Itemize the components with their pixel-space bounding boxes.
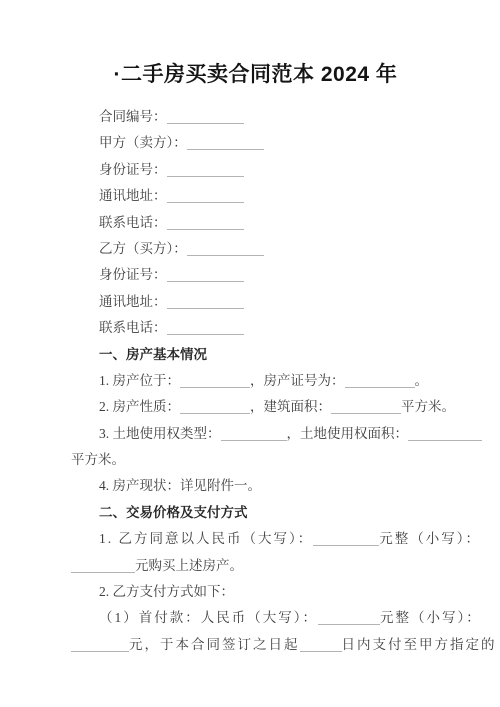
- text-run: 联系电话：: [99, 320, 167, 335]
- section-heading: 一、房产基本情况: [71, 342, 440, 368]
- fill-in-blank-line: [221, 427, 287, 441]
- fill-in-blank-line: [300, 638, 342, 652]
- document-body: 合同编号：甲方（卖方）：身份证号：通讯地址：联系电话：乙方（买方）：身份证号：通…: [71, 104, 440, 658]
- document-line: 1. 房产位于：，房产证号为：。: [71, 368, 440, 394]
- text-run: 乙方（买方）：: [99, 241, 187, 256]
- fill-in-blank-line: [180, 400, 250, 414]
- fill-in-blank-line: [167, 189, 244, 203]
- text-run: 2. 乙方支付方式如下：: [99, 584, 234, 599]
- fill-in-blank-line: [345, 374, 415, 388]
- document-line: 联系电话：: [71, 210, 440, 236]
- fill-in-blank-line: [167, 163, 244, 177]
- fill-in-blank-line: [71, 638, 129, 652]
- text-run: 1. 乙方同意以人民币（大写）：: [99, 531, 313, 546]
- document-line: 4. 房产现状：详见附件一。: [71, 473, 440, 499]
- document-line: （1）首付款：人民币（大写）：元整（小写）：: [71, 605, 440, 631]
- document-line: 通讯地址：: [71, 183, 440, 209]
- document-line: 乙方（买方）：: [71, 236, 440, 262]
- text-run: 2. 房产性质：: [99, 399, 180, 414]
- fill-in-blank-line: [313, 532, 379, 546]
- text-run: 元，于本合同签订之日起: [129, 637, 300, 652]
- text-run: （1）首付款：人民币（大写）：: [99, 610, 318, 625]
- text-run: 二、交易价格及支付方式: [99, 505, 248, 520]
- text-run: ，建筑面积：: [250, 399, 331, 414]
- fill-in-blank-line: [331, 400, 401, 414]
- text-run: 日内支付至甲方指定的: [342, 637, 497, 652]
- fill-in-blank-line: [167, 110, 244, 124]
- text-run: 甲方（卖方）：: [99, 135, 187, 150]
- section-heading: 二、交易价格及支付方式: [71, 500, 440, 526]
- text-run: 联系电话：: [99, 215, 167, 230]
- text-run: 1. 房产位于：: [99, 373, 180, 388]
- text-run: 平方米。: [71, 452, 125, 467]
- document-line: 1. 乙方同意以人民币（大写）：元整（小写）：: [71, 526, 440, 552]
- text-run: 4. 房产现状：详见附件一。: [99, 478, 261, 493]
- fill-in-blank-line: [167, 216, 244, 230]
- document-line: 2. 房产性质：，建筑面积：平方米。: [71, 394, 440, 420]
- text-run: 元整（小写）：: [379, 531, 481, 546]
- document-line: 身份证号：: [71, 157, 440, 183]
- document-line: 甲方（卖方）：: [71, 130, 440, 156]
- document-line: 元，于本合同签订之日起日内支付至甲方指定的: [71, 632, 440, 658]
- text-run: ，房产证号为：: [250, 373, 345, 388]
- fill-in-blank-line: [187, 136, 264, 150]
- fill-in-blank-line: [167, 268, 244, 282]
- document-line: 合同编号：: [71, 104, 440, 130]
- text-run: 3. 土地使用权类型：: [99, 426, 221, 441]
- document-line: 平方米。: [71, 447, 440, 473]
- fill-in-blank-line: [408, 427, 482, 441]
- document-line: 2. 乙方支付方式如下：: [71, 579, 440, 605]
- text-run: 。: [415, 373, 429, 388]
- text-run: 身份证号：: [99, 267, 167, 282]
- document-line: 通讯地址：: [71, 289, 440, 315]
- document-line: 联系电话：: [71, 315, 440, 341]
- fill-in-blank-line: [318, 611, 380, 625]
- fill-in-blank-line: [167, 295, 244, 309]
- document-title: ·二手房买卖合同范本 2024 年: [71, 60, 440, 90]
- text-run: 一、房产基本情况: [99, 347, 207, 362]
- text-run: 通讯地址：: [99, 188, 167, 203]
- document-line: 身份证号：: [71, 262, 440, 288]
- text-run: 合同编号：: [99, 109, 167, 124]
- text-run: 元整（小写）：: [380, 610, 482, 625]
- text-run: 身份证号：: [99, 162, 167, 177]
- fill-in-blank-line: [187, 242, 264, 256]
- text-run: 元购买上述房产。: [135, 558, 243, 573]
- fill-in-blank-line: [180, 374, 250, 388]
- text-run: 通讯地址：: [99, 294, 167, 309]
- fill-in-blank-line: [71, 559, 135, 573]
- text-run: 平方米。: [401, 399, 455, 414]
- document-content: ·二手房买卖合同范本 2024 年 合同编号：甲方（卖方）：身份证号：通讯地址：…: [0, 0, 500, 658]
- document-page: ·二手房买卖合同范本 2024 年 合同编号：甲方（卖方）：身份证号：通讯地址：…: [0, 0, 500, 707]
- document-line: 3. 土地使用权类型：，土地使用权面积：: [71, 421, 440, 447]
- text-run: ，土地使用权面积：: [287, 426, 409, 441]
- fill-in-blank-line: [167, 321, 244, 335]
- document-line: 元购买上述房产。: [71, 553, 440, 579]
